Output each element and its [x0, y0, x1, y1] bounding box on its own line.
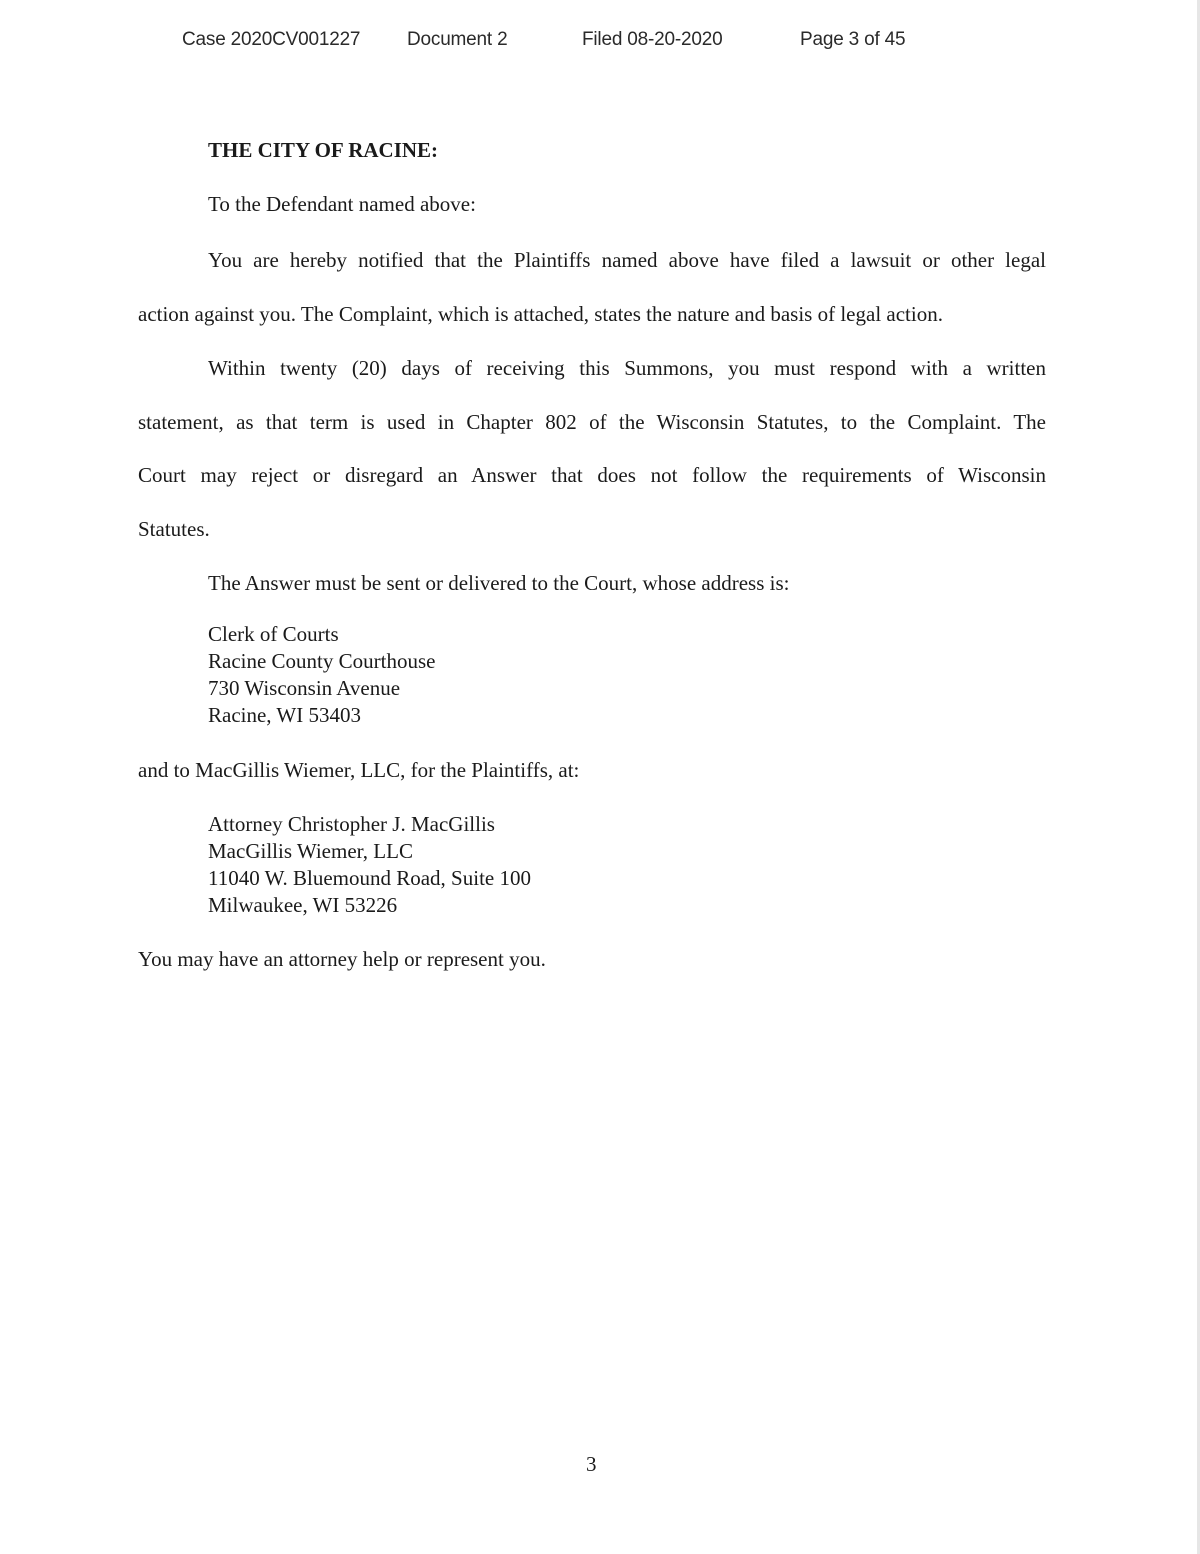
page-number: 3 — [586, 1452, 597, 1477]
counsel-address-line: Attorney Christopher J. MacGillis — [208, 811, 531, 838]
addressee-heading: THE CITY OF RACINE: — [208, 138, 438, 163]
salutation: To the Defendant named above: — [208, 192, 476, 217]
counsel-address-line: MacGillis Wiemer, LLC — [208, 838, 531, 865]
paragraph-1-line-1: You are hereby notified that the Plainti… — [208, 248, 1046, 273]
page-indicator: Page 3 of 45 — [800, 29, 905, 51]
filing-header: Case 2020CV001227 Document 2 Filed 08-20… — [0, 29, 1200, 53]
case-number: Case 2020CV001227 — [182, 29, 360, 51]
paragraph-2-line-4: Statutes. — [138, 517, 210, 542]
counsel-address: Attorney Christopher J. MacGillis MacGil… — [208, 811, 531, 919]
court-address-line: Clerk of Courts — [208, 621, 435, 648]
paragraph-2-line-1: Within twenty (20) days of receiving thi… — [208, 356, 1046, 381]
paragraph-1-line-2: action against you. The Complaint, which… — [138, 302, 943, 327]
filed-date: Filed 08-20-2020 — [582, 29, 722, 51]
document-number: Document 2 — [407, 29, 507, 51]
court-address-line: Racine County Courthouse — [208, 648, 435, 675]
court-address-line: 730 Wisconsin Avenue — [208, 675, 435, 702]
court-address: Clerk of Courts Racine County Courthouse… — [208, 621, 435, 729]
plaintiff-counsel-intro: and to MacGillis Wiemer, LLC, for the Pl… — [138, 758, 579, 783]
closing-statement: You may have an attorney help or represe… — [138, 947, 546, 972]
paragraph-2-line-2: statement, as that term is used in Chapt… — [138, 410, 1046, 435]
court-address-line: Racine, WI 53403 — [208, 702, 435, 729]
answer-instruction: The Answer must be sent or delivered to … — [208, 571, 789, 596]
counsel-address-line: 11040 W. Bluemound Road, Suite 100 — [208, 865, 531, 892]
counsel-address-line: Milwaukee, WI 53226 — [208, 892, 531, 919]
paragraph-2-line-3: Court may reject or disregard an Answer … — [138, 463, 1046, 488]
